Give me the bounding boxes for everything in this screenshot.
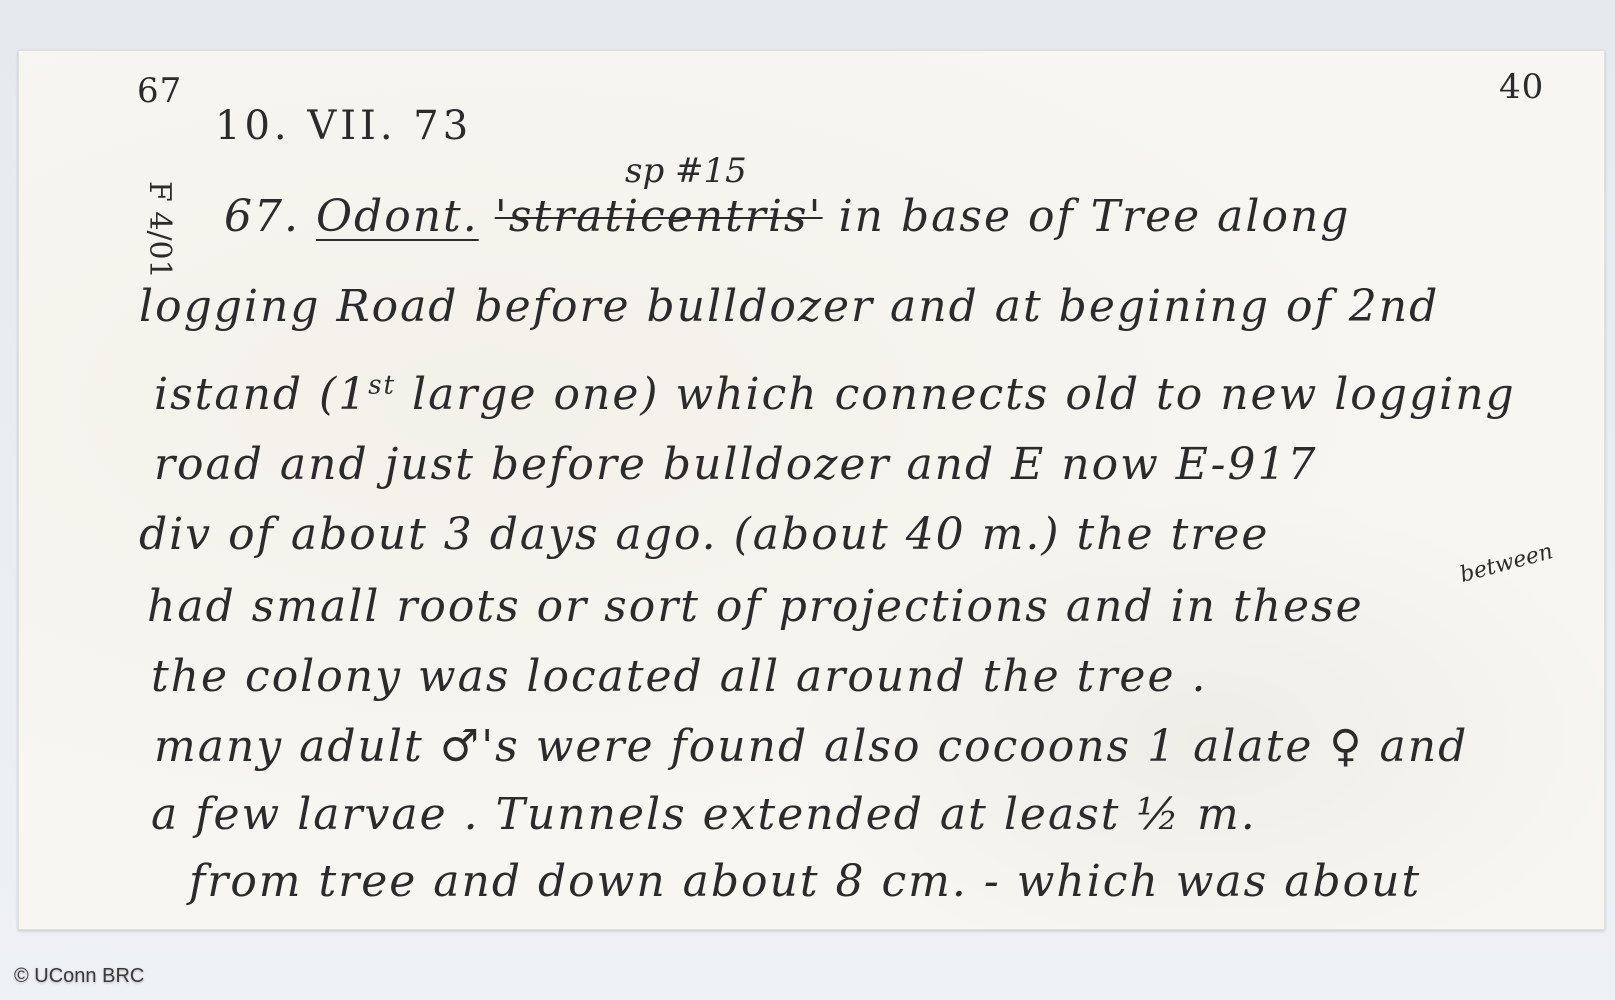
field-note-card: 67 40 10. VII. 73 F 4/01 sp #15 67. Odon… xyxy=(18,50,1605,930)
copyright-watermark: © UConn BRC xyxy=(14,965,144,988)
superscript: st xyxy=(368,370,396,400)
margin-note: F 4/01 xyxy=(142,181,177,279)
note-line-1: 67. Odont. 'straticentris' in base of Tr… xyxy=(224,191,1350,242)
line-text: road and just before bulldozer and E now… xyxy=(154,439,1318,490)
line-text: istand (1 xyxy=(154,369,368,420)
collection-date: 10. VII. 73 xyxy=(215,103,472,149)
line-text: in base of Tree along xyxy=(823,191,1351,242)
note-line-5: div of about 3 days ago. (about 40 m.) t… xyxy=(139,509,1269,560)
male-symbol: ♂'s xyxy=(440,721,520,772)
note-line-2: logging Road before bulldozer and at beg… xyxy=(139,281,1439,332)
line-text: logging Road before bulldozer and at beg… xyxy=(139,281,1439,332)
note-line-10: from tree and down about 8 cm. - which w… xyxy=(189,856,1421,907)
line-text: many adult xyxy=(154,721,440,772)
note-line-8: many adult ♂'s were found also cocoons 1… xyxy=(154,721,1468,772)
note-line-4: road and just before bulldozer and E now… xyxy=(154,439,1318,490)
line-text: were found also cocoons 1 alate ♀ and xyxy=(520,721,1468,772)
line-text: a few larvae . Tunnels extended at least… xyxy=(151,789,1257,840)
note-line-3: istand (1st large one) which connects ol… xyxy=(154,369,1516,420)
line-text: from tree and down about 8 cm. - which w… xyxy=(189,856,1421,907)
note-line-6: had small roots or sort of projections a… xyxy=(147,581,1364,632)
card-number: 67 xyxy=(137,71,182,111)
inserted-word-between: between xyxy=(1457,539,1555,588)
line-text: large one) which connects old to new log… xyxy=(396,369,1516,420)
line-text: div of about 3 days ago. (about 40 m.) t… xyxy=(139,509,1269,560)
genus-name: Odont. xyxy=(316,191,479,242)
line-text: the colony was located all around the tr… xyxy=(151,651,1207,702)
specimen-number: 67. xyxy=(224,191,300,242)
page-number: 40 xyxy=(1499,67,1544,107)
note-line-9: a few larvae . Tunnels extended at least… xyxy=(151,789,1257,840)
struck-species-name: 'straticentris' xyxy=(495,191,823,242)
species-insert: sp #15 xyxy=(625,151,747,191)
note-line-7: the colony was located all around the tr… xyxy=(151,651,1207,702)
line-text: had small roots or sort of projections a… xyxy=(147,581,1364,632)
scan-viewer: 67 40 10. VII. 73 F 4/01 sp #15 67. Odon… xyxy=(0,0,1615,1000)
